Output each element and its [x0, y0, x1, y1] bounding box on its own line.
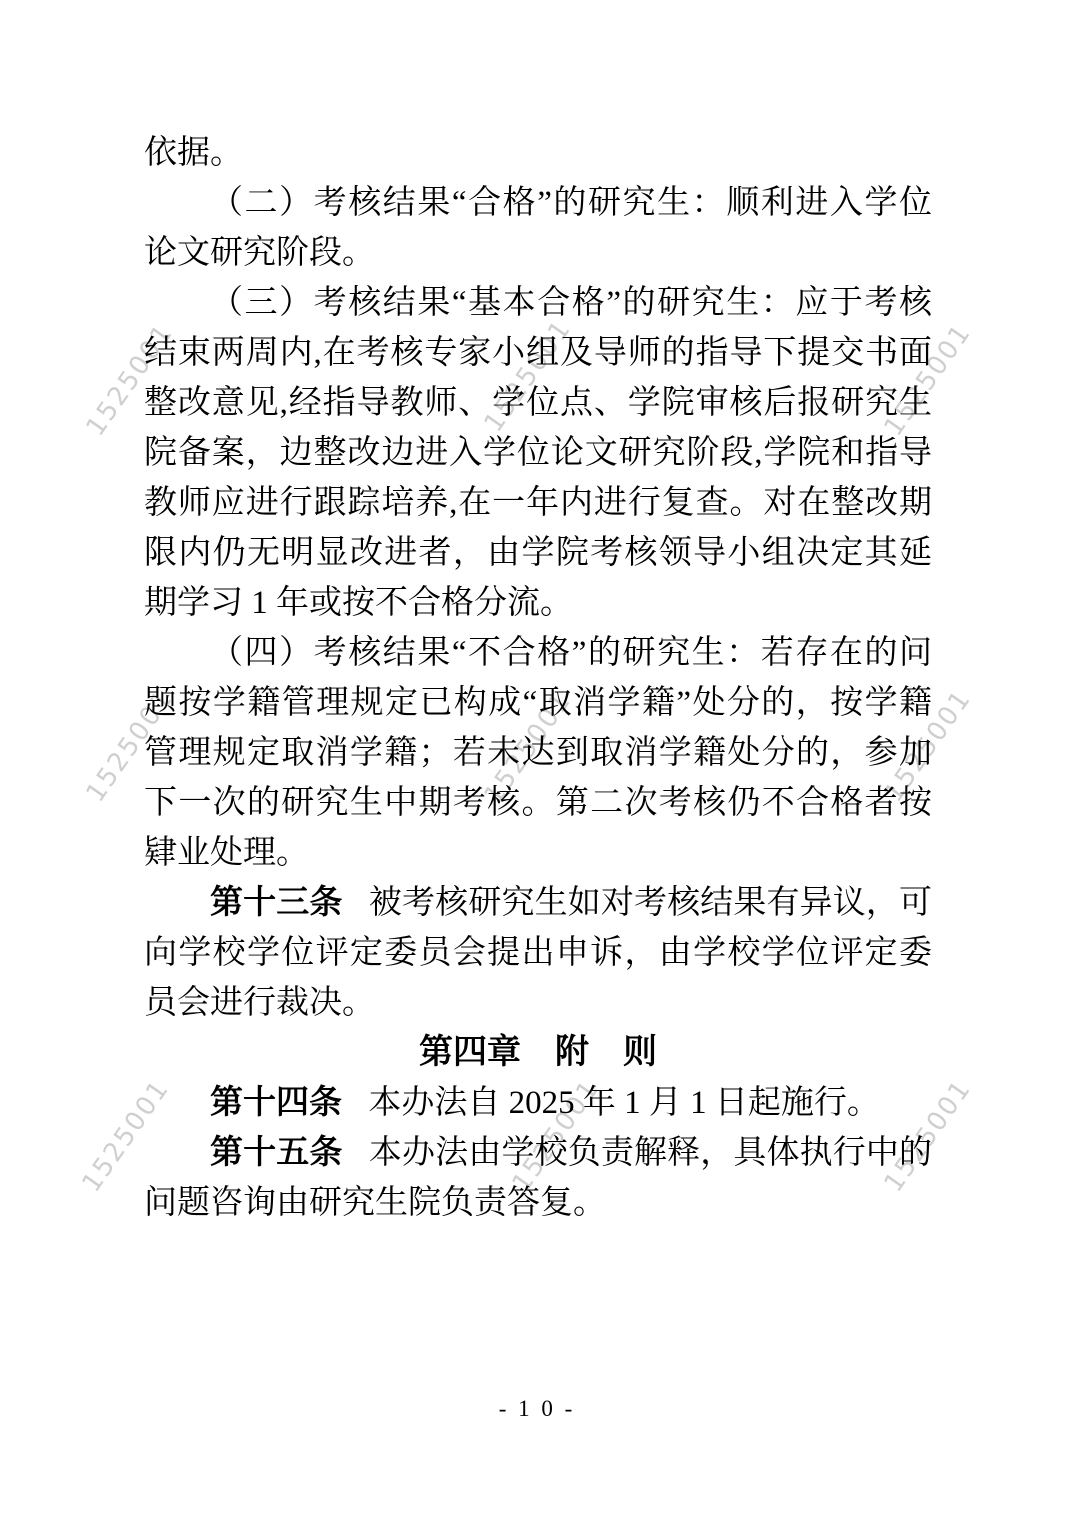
paragraph-article-13: 第十三条被考核研究生如对考核结果有异议，可向学校学位评定委员会提出申诉，由学校学…	[144, 878, 932, 1028]
document-body: 依据。 （二）考核结果“合格”的研究生：顺利进入学位论文研究阶段。 （三）考核结…	[144, 128, 932, 1228]
article-15-number: 第十五条	[210, 1135, 343, 1171]
article-14-number: 第十四条	[210, 1085, 342, 1121]
article-13-number: 第十三条	[210, 885, 343, 921]
paragraph-article-14: 第十四条本办法自 2025 年 1 月 1 日起施行。	[144, 1078, 932, 1128]
article-14-text: 本办法自 2025 年 1 月 1 日起施行。	[368, 1085, 880, 1121]
paragraph-continuation: 依据。	[144, 128, 932, 178]
paragraph-item-3: （三）考核结果“基本合格”的研究生：应于考核结束两周内,在考核专家小组及导师的指…	[144, 278, 932, 628]
paragraph-item-4: （四）考核结果“不合格”的研究生：若存在的问题按学籍管理规定已构成“取消学籍”处…	[144, 628, 932, 878]
chapter-heading: 第四章 附 则	[144, 1028, 932, 1078]
document-page: 1525001 1525001 1525001 1525001 1525001 …	[0, 0, 1074, 1520]
paragraph-article-15: 第十五条本办法由学校负责解释，具体执行中的问题咨询由研究生院负责答复。	[144, 1128, 932, 1228]
page-number: - 1 0 -	[0, 1396, 1074, 1422]
paragraph-item-2: （二）考核结果“合格”的研究生：顺利进入学位论文研究阶段。	[144, 178, 932, 278]
